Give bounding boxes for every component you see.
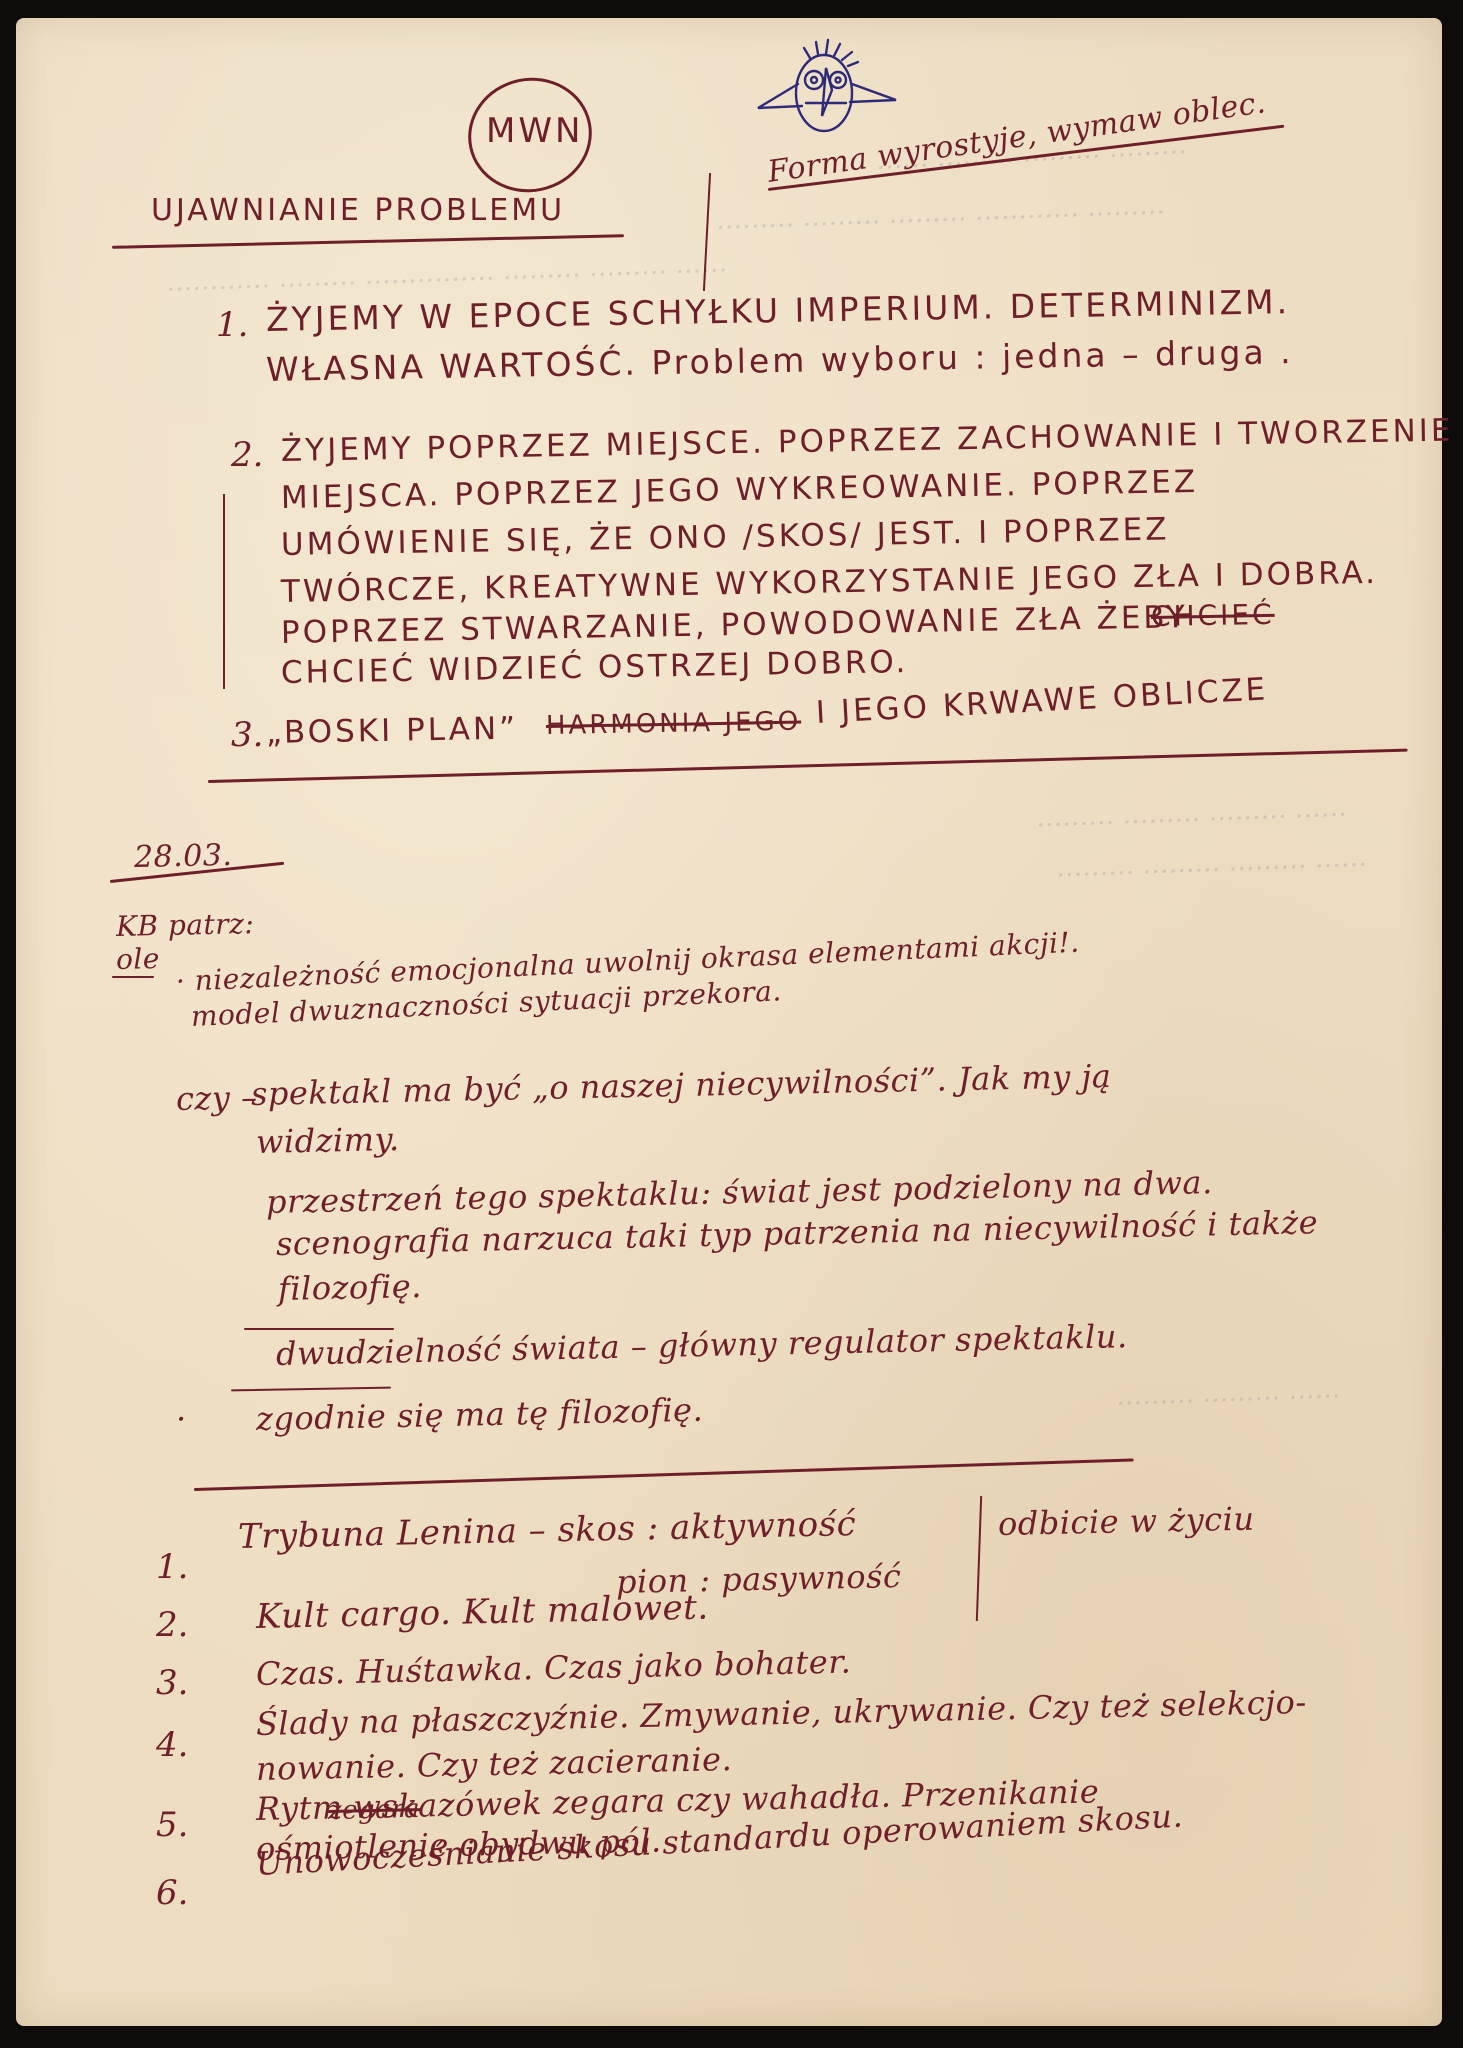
list-1-line-1: Trybuna Lenina – skos : aktywność — [238, 1507, 857, 1554]
item-3-struck: HARMONIA JEGO — [546, 709, 802, 739]
left-heading: UJAWNIANIE PROBLEMU — [151, 196, 565, 226]
paragraph-1-prefix: czy – — [176, 1081, 258, 1115]
paragraph-3-line-1: dwudzielność świata – główny regulator s… — [276, 1320, 1128, 1370]
paragraph-3-overline — [244, 1328, 394, 1330]
item-3-end: I JEGO KRWAWE OBLICZE — [815, 674, 1269, 729]
list-4-number: 4. — [156, 1728, 188, 1762]
circled-mark: MWN — [486, 114, 583, 148]
reference-sublabel: ole — [116, 945, 160, 974]
list-3-number: 3. — [156, 1666, 188, 1700]
paragraph-2-line-3: filozofię. — [278, 1270, 423, 1305]
list-6-number: 6. — [156, 1876, 188, 1910]
item-2-line-5: POPRZEZ STWARZANIE, POWODOWANIE ZŁA ŻEBY — [281, 602, 1188, 649]
list-2-number: 2. — [156, 1608, 188, 1642]
item-2-number: 2. — [231, 438, 263, 472]
list-4-line-2: nowanie. Czy też zacieranie. — [256, 1743, 733, 1785]
list-divider — [976, 1496, 982, 1621]
bleed-through-text: ……… ……… …… — [1116, 1374, 1341, 1412]
paragraph-4-bullet: · — [176, 1403, 187, 1435]
list-2-line-1: Kult cargo. Kult malowet. — [256, 1591, 709, 1634]
reference-label: KB patrz: — [116, 910, 255, 941]
item-1-line-2: WŁASNA WARTOŚĆ. Problem wyboru : jedna –… — [266, 335, 1294, 386]
bleed-through-text: ……… ……… ……… ………… ……… — [716, 190, 1166, 236]
left-heading-underline — [112, 234, 624, 249]
item-2-line-2: MIEJSCA. POPRZEZ JEGO WYKREOWANIE. POPRZ… — [281, 467, 1199, 514]
item-2-line-3: UMÓWIENIE SIĘ, ŻE ONO /SKOS/ JEST. I POP… — [281, 514, 1170, 561]
bleed-through-text: ……… ……… ……… …… — [1056, 843, 1368, 884]
item-2-struck-word: CHCIEĆ — [1151, 601, 1275, 631]
list-1-number: 1. — [156, 1550, 188, 1584]
section-divider-2 — [194, 1458, 1134, 1491]
owl-doodle-icon — [746, 38, 906, 138]
list-4-line-1: Ślady na płaszczyźnie. Zmywanie, ukrywan… — [256, 1686, 1307, 1740]
item-2-line-1: ŻYJEMY POPRZEZ MIEJSCE. POPRZEZ ZACHOWAN… — [281, 416, 1454, 467]
section-divider-1 — [208, 749, 1408, 783]
list-3-line-1: Czas. Huśtawka. Czas jako bohater. — [256, 1646, 852, 1690]
item-3-number: 3. — [231, 718, 263, 752]
item-2-margin-bar — [223, 494, 225, 689]
item-1-number: 1. — [216, 308, 248, 342]
paragraph-4-line-1: zgodnie się ma tę filozofię. — [256, 1394, 704, 1435]
paragraph-1-line-1: spektakl ma być „o naszej niecywilności”… — [251, 1060, 1112, 1110]
side-note: odbicie w życiu — [998, 1503, 1255, 1540]
item-2-line-6: CHCIEĆ WIDZIEĆ OSTRZEJ DOBRO. — [281, 647, 909, 689]
reference-underline — [112, 976, 154, 978]
bleed-through-text: ………… ……… …………… ……… ……… …… — [166, 248, 728, 298]
list-5-number: 5. — [156, 1808, 188, 1842]
paragraph-1-line-2: widzimy. — [256, 1123, 400, 1158]
bleed-through-text: ……… ……… ……… …… — [1036, 793, 1348, 834]
item-3-start: „BOSKI PLAN” — [266, 714, 519, 749]
paper-sheet: …… ……… ……… ……… ……… ……… ……… ………… ……… …………… — [16, 18, 1442, 2026]
item-1-line-1: ŻYJEMY W EPOCE SCHYŁKU IMPERIUM. DETERMI… — [266, 285, 1291, 336]
paragraph-4-overline — [231, 1387, 391, 1392]
